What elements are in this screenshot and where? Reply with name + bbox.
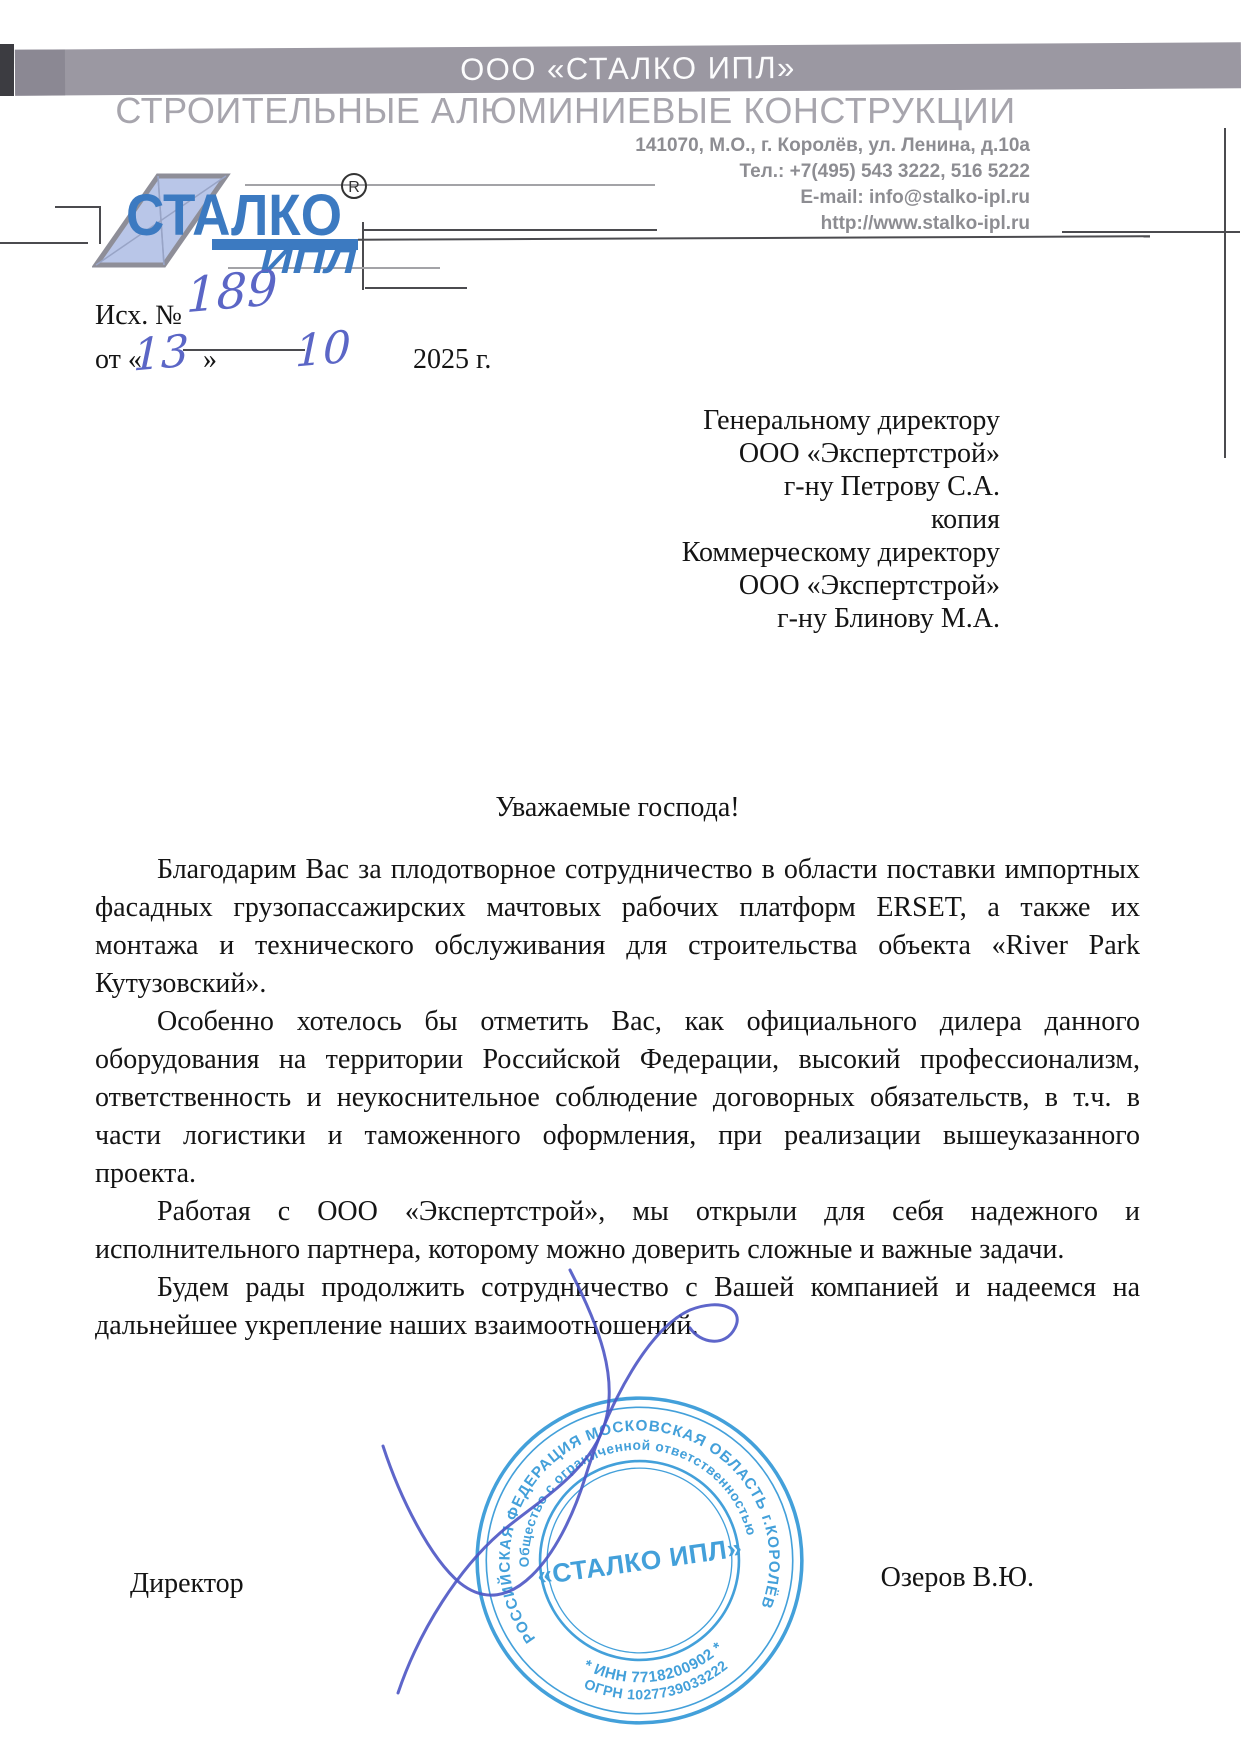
letterhead-rule <box>1224 128 1226 458</box>
logo-brand-text: СТАЛКО <box>126 183 342 248</box>
body-paragraph: Благодарим Вас за плодотворное сотруднич… <box>95 851 1140 1003</box>
date-year: 2025 г. <box>413 344 491 376</box>
outgoing-number-handwritten: 189 <box>186 260 278 324</box>
body-paragraph: Особенно хотелось бы отметить Вас, как о… <box>95 1003 1140 1193</box>
signatory-name: Озеров В.Ю. <box>881 1562 1034 1594</box>
letter-page: ООО «СТАЛКО ИПЛ» СТРОИТЕЛЬНЫЕ АЛЮМИНИЕВЫ… <box>0 0 1241 1755</box>
contact-website: http://www.stalko-ipl.ru <box>635 211 1030 237</box>
recipient-line: Коммерческому директору <box>682 536 1000 569</box>
date-day-handwritten: 13 <box>133 325 190 381</box>
registered-mark-letter: R <box>348 179 360 196</box>
banner-left-cap <box>15 49 65 95</box>
recipient-line: ООО «Экспертстрой» <box>682 569 1000 602</box>
header-banner: ООО «СТАЛКО ИПЛ» <box>15 42 1241 95</box>
letterhead-rule <box>358 235 1150 240</box>
company-name: ООО «СТАЛКО ИПЛ» <box>460 50 796 88</box>
signature-stroke <box>383 1305 737 1595</box>
contact-email: E-mail: info@stalko-ipl.ru <box>635 185 1030 211</box>
letterhead-rule <box>0 242 88 244</box>
recipient-line: г-ну Блинову М.А. <box>682 602 1000 635</box>
salutation: Уважаемые господа! <box>95 792 1140 824</box>
signature-stroke <box>398 1270 609 1693</box>
signatory-position: Директор <box>130 1568 244 1600</box>
contact-phone: Тел.: +7(495) 543 3222, 516 5222 <box>635 159 1030 185</box>
header-subtitle: СТРОИТЕЛЬНЫЕ АЛЮМИНИЕВЫЕ КОНСТРУКЦИИ <box>0 90 1186 132</box>
letterhead-rule <box>1062 231 1240 233</box>
date-close-quote: » <box>203 344 217 376</box>
letterhead-rule <box>362 229 657 231</box>
scan-edge-mark <box>0 44 14 96</box>
handwritten-signature <box>350 1258 810 1728</box>
number-underline <box>183 349 305 351</box>
recipient-line: ООО «Экспертстрой» <box>682 437 1000 470</box>
recipient-line: копия <box>682 503 1000 536</box>
letterhead-rule <box>365 287 467 289</box>
contact-address: 141070, М.О., г. Королёв, ул. Ленина, д.… <box>635 133 1030 159</box>
contact-block: 141070, М.О., г. Королёв, ул. Ленина, д.… <box>635 133 1030 237</box>
date-month-handwritten: 10 <box>295 321 352 377</box>
recipient-line: Генеральному директору <box>682 404 1000 437</box>
company-logo: СТАЛКО ИПЛ R <box>92 168 402 276</box>
recipient-line: г-ну Петрову С.А. <box>682 470 1000 503</box>
recipient-block: Генеральному директору ООО «Экспертстрой… <box>682 404 1000 635</box>
